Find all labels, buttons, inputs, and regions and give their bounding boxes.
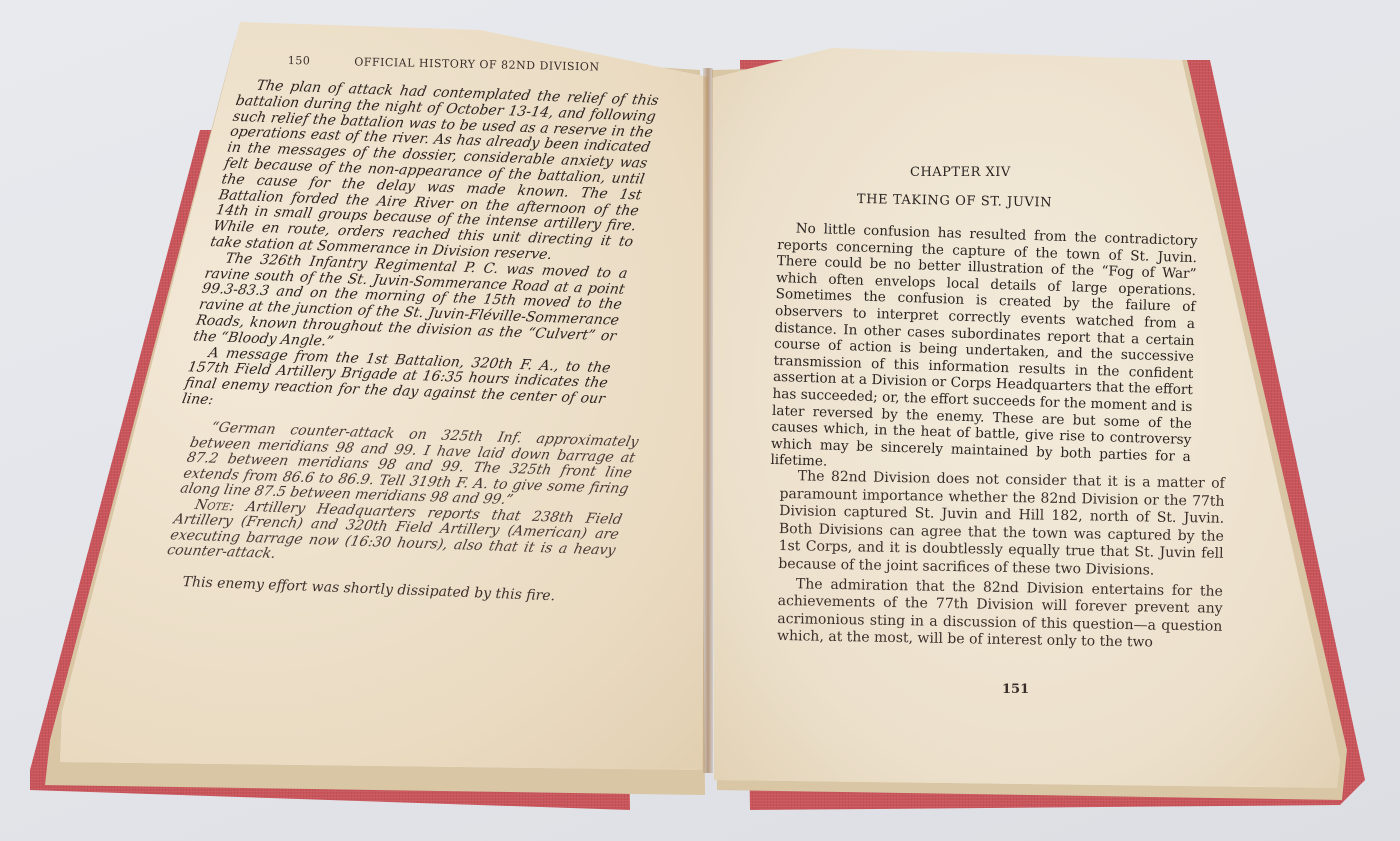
- message-quote: “German counter-attack on 325th Inf. app…: [166, 420, 640, 574]
- book-photo: 150 OFFICIAL HISTORY OF 82ND DIVISION Th…: [0, 0, 1400, 841]
- paragraph: The 82nd Division does not consider that…: [778, 468, 1225, 581]
- right-page-body-continued: The 82nd Division does not consider that…: [777, 468, 1225, 656]
- right-page-body: No little confusion has resulted from th…: [770, 220, 1198, 482]
- paragraph: The plan of attack had contemplated the …: [209, 78, 660, 267]
- paragraph: No little confusion has resulted from th…: [770, 220, 1198, 482]
- book-gutter: [703, 68, 713, 773]
- left-page-number: 150: [288, 54, 311, 67]
- left-page-body: The plan of attack had contemplated the …: [181, 78, 660, 424]
- right-page-number: 151: [1002, 682, 1029, 697]
- paragraph: The admiration that the 82nd Division en…: [777, 576, 1223, 654]
- paragraph: The 326th Infantry Regimental P. C. was …: [192, 251, 629, 361]
- chapter-number: CHAPTER XIV: [910, 165, 1011, 180]
